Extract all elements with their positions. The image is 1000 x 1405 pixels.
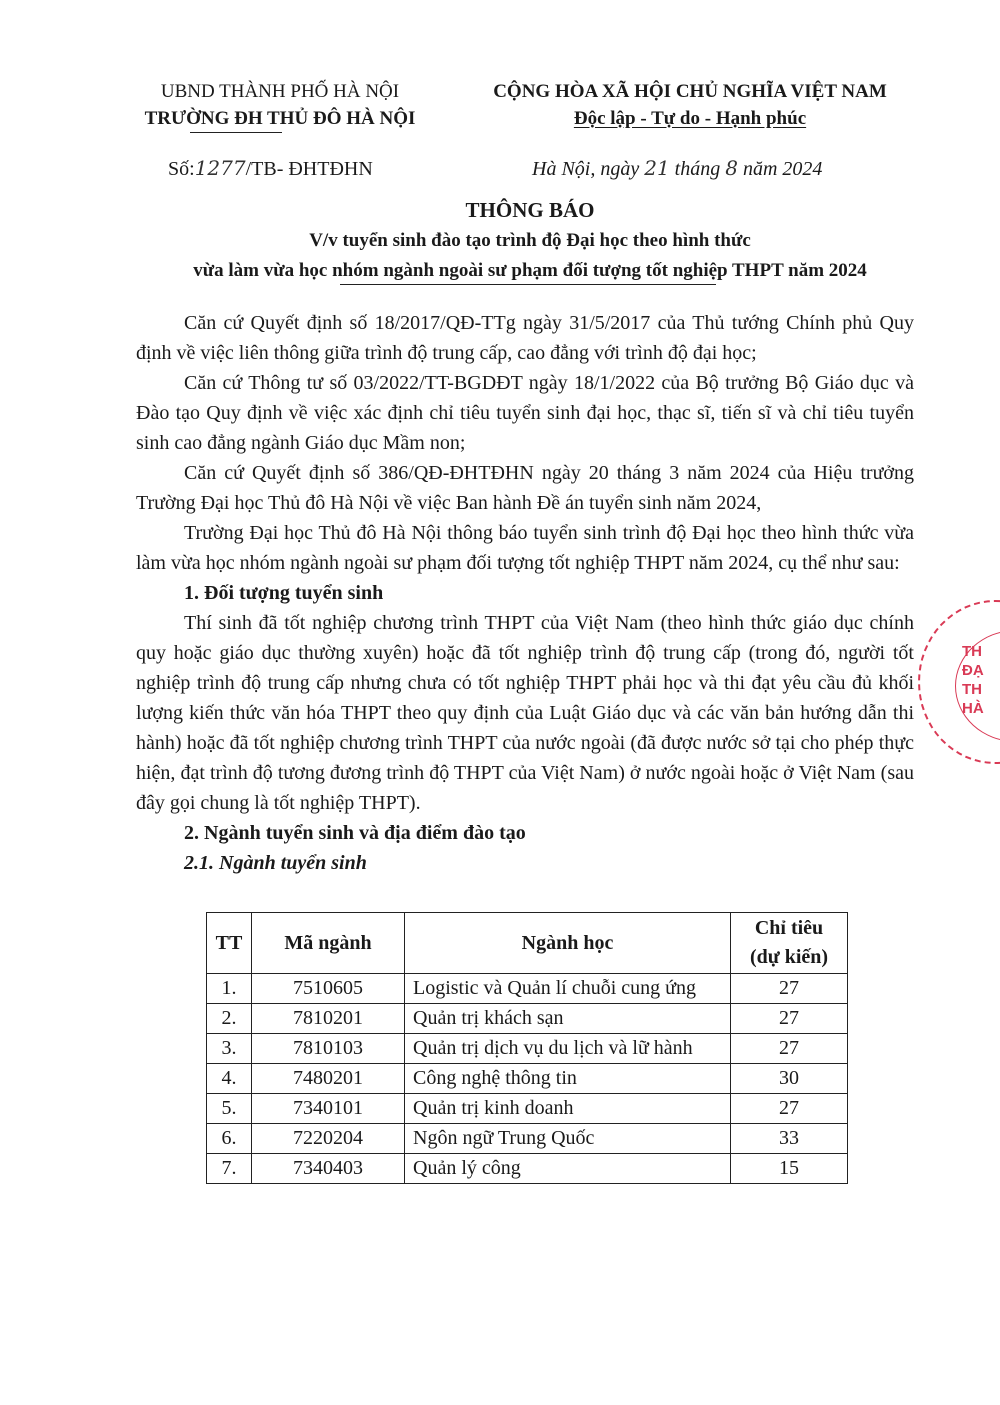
table-row: 3.7810103Quản trị dịch vụ du lịch và lữ … xyxy=(207,1034,848,1064)
table-row: 4.7480201Công nghệ thông tin30 xyxy=(207,1064,848,1094)
header-quota: Chỉ tiêu (dự kiến) xyxy=(731,913,848,974)
issuer-parent: UBND THÀNH PHỐ HÀ NỘI xyxy=(100,78,460,105)
row-number: 6. xyxy=(207,1124,252,1154)
row-quota: 15 xyxy=(731,1154,848,1184)
majors-table: TT Mã ngành Ngành học Chỉ tiêu (dự kiến)… xyxy=(206,912,848,1184)
national-motto-block: CỘNG HÒA XÃ HỘI CHỦ NGHĨA VIỆT NAM Độc l… xyxy=(460,78,920,132)
date-day-handwritten: 21 xyxy=(644,156,669,180)
stamp-line: TH xyxy=(962,680,984,699)
row-major-code: 7480201 xyxy=(252,1064,405,1094)
row-major-name: Logistic và Quản lí chuỗi cung ứng xyxy=(405,974,731,1004)
row-major-code: 7510605 xyxy=(252,974,405,1004)
stamp-line: TH xyxy=(962,642,984,661)
row-major-name: Công nghệ thông tin xyxy=(405,1064,731,1094)
stamp-line: ĐẠ xyxy=(962,661,984,680)
row-major-name: Quản trị khách sạn xyxy=(405,1004,731,1034)
row-major-name: Quản trị kinh doanh xyxy=(405,1094,731,1124)
table-row: 5.7340101Quản trị kinh doanh27 xyxy=(207,1094,848,1124)
issuer-name: TRƯỜNG ĐH THỦ ĐÔ HÀ NỘI xyxy=(100,105,460,132)
issuer-underline xyxy=(190,132,282,133)
section-2-1-heading: 2.1. Ngành tuyển sinh xyxy=(136,848,914,878)
legal-basis-1: Căn cứ Quyết định số 18/2017/QĐ-TTg ngày… xyxy=(136,308,914,368)
table-row: 2.7810201Quản trị khách sạn27 xyxy=(207,1004,848,1034)
row-major-code: 7340403 xyxy=(252,1154,405,1184)
row-major-code: 7220204 xyxy=(252,1124,405,1154)
row-major-name: Quản trị dịch vụ du lịch và lữ hành xyxy=(405,1034,731,1064)
doc-number-handwritten: 1277 xyxy=(195,156,246,180)
table-row: 6.7220204Ngôn ngữ Trung Quốc33 xyxy=(207,1124,848,1154)
issuer-name-text: TRƯỜNG ĐH THỦ ĐÔ HÀ NỘI xyxy=(145,108,416,129)
document-subject-line2: vừa làm vừa học nhóm ngành ngoài sư phạm… xyxy=(130,256,930,286)
issuer-block: UBND THÀNH PHỐ HÀ NỘI TRƯỜNG ĐH THỦ ĐÔ H… xyxy=(100,78,460,132)
section-1-heading: 1. Đối tượng tuyển sinh xyxy=(136,578,914,608)
row-major-code: 7810201 xyxy=(252,1004,405,1034)
legal-basis-2: Căn cứ Thông tư số 03/2022/TT-BGDĐT ngày… xyxy=(136,368,914,458)
header-quota-line1: Chỉ tiêu xyxy=(737,914,841,943)
document-date: Hà Nội, ngày 21 tháng 8 năm 2024 xyxy=(532,156,822,181)
row-number: 5. xyxy=(207,1094,252,1124)
document-subject-line1: V/v tuyển sinh đào tạo trình độ Đại học … xyxy=(130,226,930,256)
date-month-label: tháng xyxy=(670,158,726,180)
row-number: 7. xyxy=(207,1154,252,1184)
row-number: 2. xyxy=(207,1004,252,1034)
legal-basis-3: Căn cứ Quyết định số 386/QĐ-ĐHTĐHN ngày … xyxy=(136,458,914,518)
document-body: Căn cứ Quyết định số 18/2017/QĐ-TTg ngày… xyxy=(136,308,914,878)
row-quota: 27 xyxy=(731,1034,848,1064)
table-header-row: TT Mã ngành Ngành học Chỉ tiêu (dự kiến) xyxy=(207,913,848,974)
row-number: 4. xyxy=(207,1064,252,1094)
header-quota-line2: (dự kiến) xyxy=(737,943,841,972)
date-prefix: Hà Nội, ngày xyxy=(532,158,644,180)
row-quota: 27 xyxy=(731,1004,848,1034)
row-quota: 27 xyxy=(731,974,848,1004)
section-2-heading: 2. Ngành tuyển sinh và địa điểm đào tạo xyxy=(136,818,914,848)
header-major: Ngành học xyxy=(405,913,731,974)
row-major-name: Ngôn ngữ Trung Quốc xyxy=(405,1124,731,1154)
stamp-line: HÀ xyxy=(962,699,984,718)
date-month-handwritten: 8 xyxy=(725,156,738,180)
document-number: Số:1277/TB- ĐHTĐHN xyxy=(168,156,373,181)
row-major-name: Quản lý công xyxy=(405,1154,731,1184)
row-number: 3. xyxy=(207,1034,252,1064)
row-quota: 30 xyxy=(731,1064,848,1094)
national-title: CỘNG HÒA XÃ HỘI CHỦ NGHĨA VIỆT NAM xyxy=(460,78,920,105)
header-code: Mã ngành xyxy=(252,913,405,974)
row-number: 1. xyxy=(207,974,252,1004)
row-major-code: 7340101 xyxy=(252,1094,405,1124)
row-quota: 27 xyxy=(731,1094,848,1124)
national-motto: Độc lập - Tự do - Hạnh phúc xyxy=(574,108,806,129)
date-year: năm 2024 xyxy=(738,158,822,180)
official-stamp-text: THĐẠTHHÀ xyxy=(962,642,984,718)
table-row: 7.7340403Quản lý công15 xyxy=(207,1154,848,1184)
doc-number-suffix: /TB- ĐHTĐHN xyxy=(246,158,373,180)
section-1-text: Thí sinh đã tốt nghiệp chương trình THPT… xyxy=(136,608,914,818)
header-tt: TT xyxy=(207,913,252,974)
row-major-code: 7810103 xyxy=(252,1034,405,1064)
announcement-paragraph: Trường Đại học Thủ đô Hà Nội thông báo t… xyxy=(136,518,914,578)
row-quota: 33 xyxy=(731,1124,848,1154)
table-row: 1.7510605Logistic và Quản lí chuỗi cung … xyxy=(207,974,848,1004)
document-title: THÔNG BÁO xyxy=(130,198,930,223)
subject-underline xyxy=(340,284,716,285)
doc-number-prefix: Số: xyxy=(168,158,195,180)
